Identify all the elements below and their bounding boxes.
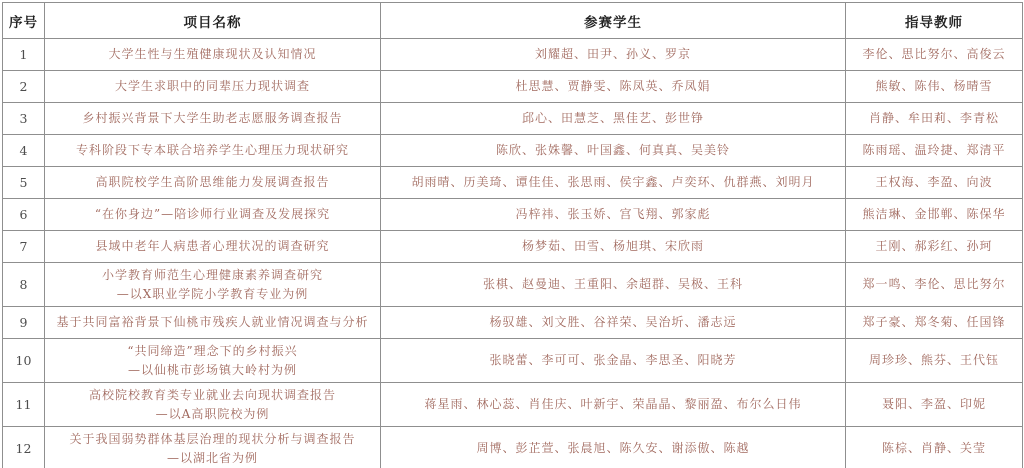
teachers-cell: 熊敏、陈伟、杨晴雪 — [846, 71, 1023, 103]
project-cell: 大学生性与生殖健康现状及认知情况 — [45, 39, 381, 71]
table-row: 1 大学生性与生殖健康现状及认知情况 刘耀超、田尹、孙义、罗京 李伦、思比努尔、… — [3, 39, 1023, 71]
project-title: “共同缔造”理念下的乡村振兴 — [49, 342, 376, 361]
project-cell: 县域中老年人病患者心理状况的调查研究 — [45, 231, 381, 263]
students-cell: 陈欣、张姝馨、叶国鑫、何真真、吴美铃 — [381, 135, 846, 167]
project-roster-table: 序号 项目名称 参赛学生 指导教师 1 大学生性与生殖健康现状及认知情况 刘耀超… — [2, 2, 1023, 468]
row-number: 4 — [3, 135, 45, 167]
project-cell: 小学教育师范生心理健康素养调查研究 —以X职业学院小学教育专业为例 — [45, 263, 381, 307]
students-cell: 张晓蕾、李可可、张金晶、李思圣、阳晓芳 — [381, 339, 846, 383]
table-row: 4 专科阶段下专本联合培养学生心理压力现状研究 陈欣、张姝馨、叶国鑫、何真真、吴… — [3, 135, 1023, 167]
teachers-cell: 郑子豪、郑冬菊、任国锋 — [846, 307, 1023, 339]
project-subtitle: —以仙桃市彭场镇大岭村为例 — [49, 361, 376, 380]
project-cell: “在你身边”—陪诊师行业调查及发展探究 — [45, 199, 381, 231]
teachers-cell: 陈棕、肖静、关莹 — [846, 427, 1023, 468]
project-title: 大学生性与生殖健康现状及认知情况 — [49, 45, 376, 64]
table-row: 5 高职院校学生高阶思维能力发展调查报告 胡雨晴、历美琦、谭佳佳、张思雨、侯宇鑫… — [3, 167, 1023, 199]
project-title: “在你身边”—陪诊师行业调查及发展探究 — [49, 205, 376, 224]
table-row: 6 “在你身边”—陪诊师行业调查及发展探究 冯梓祎、张玉娇、宫飞翔、郭家彪 熊洁… — [3, 199, 1023, 231]
row-number: 1 — [3, 39, 45, 71]
table-row: 12 关于我国弱势群体基层治理的现状分析与调查报告 —以湖北省为例 周博、彭芷萱… — [3, 427, 1023, 468]
project-subtitle: —以A高职院校为例 — [49, 405, 376, 424]
project-subtitle: —以X职业学院小学教育专业为例 — [49, 285, 376, 304]
table-row: 7 县域中老年人病患者心理状况的调查研究 杨梦茹、田雪、杨旭琪、宋欣雨 王刚、郝… — [3, 231, 1023, 263]
col-header-students: 参赛学生 — [381, 3, 846, 39]
project-title: 专科阶段下专本联合培养学生心理压力现状研究 — [49, 141, 376, 160]
row-number: 11 — [3, 383, 45, 427]
row-number: 12 — [3, 427, 45, 468]
students-cell: 刘耀超、田尹、孙义、罗京 — [381, 39, 846, 71]
project-title: 乡村振兴背景下大学生助老志愿服务调查报告 — [49, 109, 376, 128]
row-number: 6 — [3, 199, 45, 231]
project-subtitle: —以湖北省为例 — [49, 449, 376, 468]
project-title: 高职院校学生高阶思维能力发展调查报告 — [49, 173, 376, 192]
students-cell: 张棋、赵曼迪、王重阳、余超群、吴极、王科 — [381, 263, 846, 307]
students-cell: 杜思慧、贾静雯、陈凤英、乔凤娟 — [381, 71, 846, 103]
project-title: 县域中老年人病患者心理状况的调查研究 — [49, 237, 376, 256]
col-header-teachers: 指导教师 — [846, 3, 1023, 39]
project-title: 高校院校教育类专业就业去向现状调查报告 — [49, 386, 376, 405]
students-cell: 周博、彭芷萱、张晨旭、陈久安、谢添傲、陈越 — [381, 427, 846, 468]
project-title: 小学教育师范生心理健康素养调查研究 — [49, 266, 376, 285]
students-cell: 杨驭雄、刘文胜、谷祥荣、吴治圻、潘志远 — [381, 307, 846, 339]
project-cell: 专科阶段下专本联合培养学生心理压力现状研究 — [45, 135, 381, 167]
row-number: 3 — [3, 103, 45, 135]
project-title: 关于我国弱势群体基层治理的现状分析与调查报告 — [49, 430, 376, 449]
row-number: 2 — [3, 71, 45, 103]
teachers-cell: 周珍珍、熊芬、王代钰 — [846, 339, 1023, 383]
project-title: 大学生求职中的同辈压力现状调查 — [49, 77, 376, 96]
row-number: 5 — [3, 167, 45, 199]
table-row: 8 小学教育师范生心理健康素养调查研究 —以X职业学院小学教育专业为例 张棋、赵… — [3, 263, 1023, 307]
teachers-cell: 肖静、牟田莉、李青松 — [846, 103, 1023, 135]
teachers-cell: 王刚、郝彩红、孙珂 — [846, 231, 1023, 263]
row-number: 10 — [3, 339, 45, 383]
students-cell: 胡雨晴、历美琦、谭佳佳、张思雨、侯宇鑫、卢奕环、仇群燕、刘明月 — [381, 167, 846, 199]
project-cell: 关于我国弱势群体基层治理的现状分析与调查报告 —以湖北省为例 — [45, 427, 381, 468]
row-number: 7 — [3, 231, 45, 263]
project-title: 基于共同富裕背景下仙桃市残疾人就业情况调查与分析 — [49, 313, 376, 332]
teachers-cell: 熊洁琳、金邯郸、陈保华 — [846, 199, 1023, 231]
col-header-project: 项目名称 — [45, 3, 381, 39]
project-cell: “共同缔造”理念下的乡村振兴 —以仙桃市彭场镇大岭村为例 — [45, 339, 381, 383]
students-cell: 杨梦茹、田雪、杨旭琪、宋欣雨 — [381, 231, 846, 263]
table-row: 9 基于共同富裕背景下仙桃市残疾人就业情况调查与分析 杨驭雄、刘文胜、谷祥荣、吴… — [3, 307, 1023, 339]
teachers-cell: 李伦、思比努尔、高俊云 — [846, 39, 1023, 71]
table-row: 3 乡村振兴背景下大学生助老志愿服务调查报告 邱心、田慧芝、黑佳艺、彭世铮 肖静… — [3, 103, 1023, 135]
project-cell: 基于共同富裕背景下仙桃市残疾人就业情况调查与分析 — [45, 307, 381, 339]
teachers-cell: 王权海、李盈、向波 — [846, 167, 1023, 199]
students-cell: 冯梓祎、张玉娇、宫飞翔、郭家彪 — [381, 199, 846, 231]
header-row: 序号 项目名称 参赛学生 指导教师 — [3, 3, 1023, 39]
students-cell: 邱心、田慧芝、黑佳艺、彭世铮 — [381, 103, 846, 135]
project-cell: 高职院校学生高阶思维能力发展调查报告 — [45, 167, 381, 199]
table-row: 2 大学生求职中的同辈压力现状调查 杜思慧、贾静雯、陈凤英、乔凤娟 熊敏、陈伟、… — [3, 71, 1023, 103]
row-number: 9 — [3, 307, 45, 339]
project-cell: 大学生求职中的同辈压力现状调查 — [45, 71, 381, 103]
teachers-cell: 郑一鸣、李伦、思比努尔 — [846, 263, 1023, 307]
row-number: 8 — [3, 263, 45, 307]
project-cell: 乡村振兴背景下大学生助老志愿服务调查报告 — [45, 103, 381, 135]
table-row: 11 高校院校教育类专业就业去向现状调查报告 —以A高职院校为例 蒋星雨、林心蕊… — [3, 383, 1023, 427]
teachers-cell: 聂阳、李盈、印妮 — [846, 383, 1023, 427]
teachers-cell: 陈雨瑶、温玲捷、郑清平 — [846, 135, 1023, 167]
table-row: 10 “共同缔造”理念下的乡村振兴 —以仙桃市彭场镇大岭村为例 张晓蕾、李可可、… — [3, 339, 1023, 383]
col-header-no: 序号 — [3, 3, 45, 39]
project-cell: 高校院校教育类专业就业去向现状调查报告 —以A高职院校为例 — [45, 383, 381, 427]
students-cell: 蒋星雨、林心蕊、肖佳庆、叶新宇、荣晶晶、黎丽盈、布尔么日伟 — [381, 383, 846, 427]
